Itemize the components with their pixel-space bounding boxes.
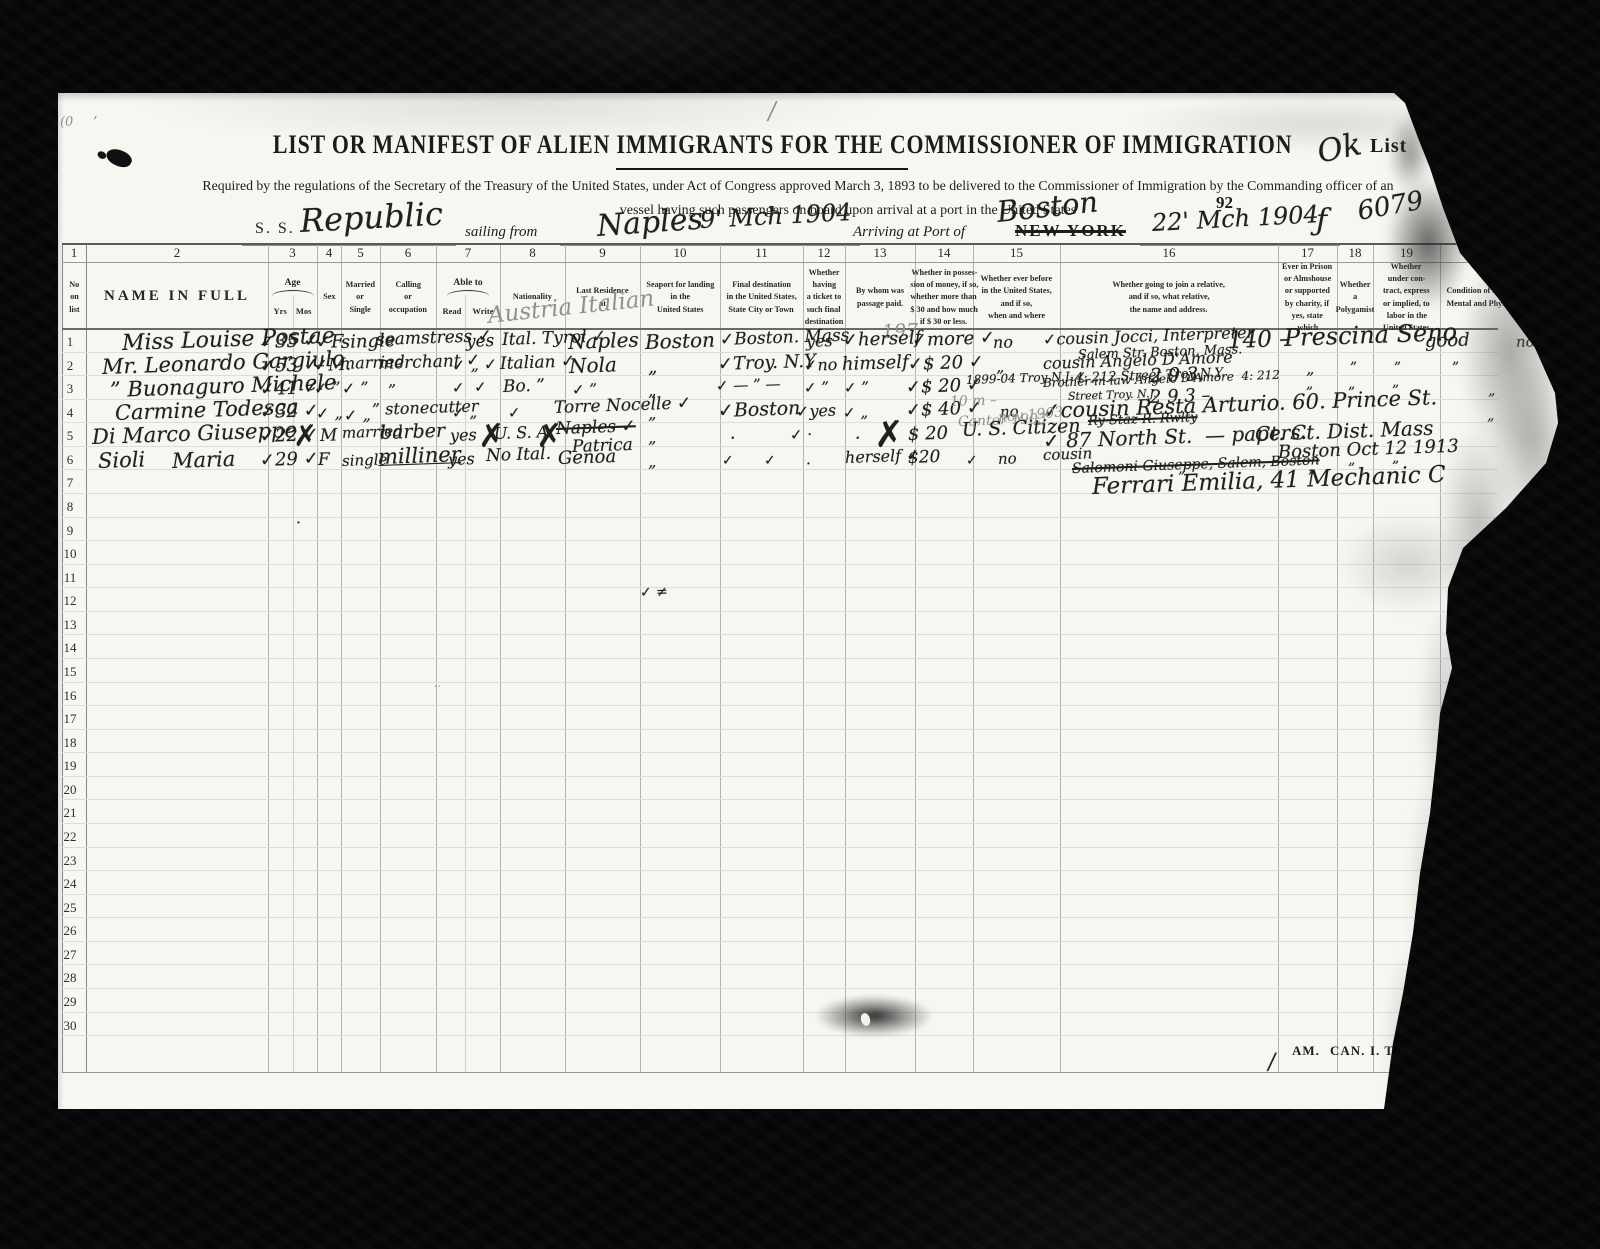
grid-line: [62, 517, 1498, 518]
row-number: 3: [58, 381, 82, 397]
handwriting-entry: 9' Mch 1904: [699, 199, 852, 234]
row-number: 24: [58, 876, 82, 892]
column-header-line: Whether going to join a relative,: [1113, 278, 1226, 290]
column-header-line: under con-: [1388, 272, 1426, 284]
grid-line: [62, 870, 1498, 871]
column-header-line: or: [404, 290, 412, 302]
column-header-line: Mental and Physical: [1447, 297, 1518, 309]
column-header-line: tract, express: [1383, 284, 1430, 296]
grid-line: [62, 917, 1498, 918]
handwriting-entry: barber: [380, 421, 446, 445]
column-header: 6Callingoroccupation: [381, 245, 435, 326]
column-header-line: sion of money, if so,: [910, 278, 978, 290]
column-header-text: Whetherhavinga ticket tosuch finaldestin…: [804, 267, 844, 326]
row-number: 30: [58, 1018, 82, 1034]
handwriting-entry: ✓ ≠: [640, 584, 668, 601]
column-header-line: Single: [350, 303, 371, 315]
column-header-line: United States: [657, 303, 703, 315]
handwriting-entry: ✓yes: [796, 402, 837, 422]
row-number: 19: [58, 758, 82, 774]
grid-line: [62, 729, 1498, 730]
column-header-line: Whether: [1340, 278, 1371, 290]
handwriting-entry: Naples: [596, 203, 704, 245]
row-number: 29: [58, 994, 82, 1010]
column-header-text: By whom waspassage paid.: [846, 267, 914, 326]
handwriting-entry: ✓: [966, 453, 978, 469]
column-group-label: Age: [285, 278, 301, 288]
column-header: 11Final destinationin the United States,…: [721, 245, 802, 326]
column-header-line: Calling: [395, 278, 420, 290]
footer-can-label: CAN.: [1330, 1043, 1365, 1059]
handwriting-entry: ✓Troy. N.Y: [718, 352, 817, 376]
row-number: 15: [58, 664, 82, 680]
grid-line: [62, 823, 1498, 824]
column-number: 3: [269, 245, 316, 262]
row-number: 9: [58, 523, 82, 539]
handwriting-entry: „: [648, 405, 657, 424]
handwriting-entry: No Ital.: [486, 445, 552, 467]
grid-line: [62, 658, 1498, 659]
row-number: 7: [58, 475, 82, 491]
list-label: List: [1370, 135, 1407, 158]
column-subheader: Read: [443, 306, 462, 316]
handwriting-entry: ✓: [764, 453, 776, 469]
column-header-line: Married: [346, 278, 375, 290]
row-number: 2: [58, 358, 82, 374]
row-number: 17: [58, 711, 82, 727]
column-header-line: the name and address.: [1130, 303, 1208, 315]
column-header: 19Whetherunder con-tract, expressor impl…: [1374, 245, 1439, 326]
handwriting-entry: ✓ ·: [790, 426, 813, 444]
handwriting-entry: (0: [60, 116, 74, 131]
column-header-line: in the United States,: [726, 290, 796, 302]
handwriting-entry: „: [1306, 360, 1315, 379]
column-group-label: Able to: [453, 278, 482, 288]
handwriting-entry: ··: [434, 681, 441, 694]
handwriting-entry: ✓ — ” —: [716, 376, 781, 395]
column-header-text: Whether ever beforein the United States,…: [974, 267, 1059, 326]
column-header: 16Whether going to join a relative,and i…: [1061, 245, 1277, 326]
handwriting-entry: Torre Nocelle ✓: [554, 394, 692, 418]
column-header-line: yes, state: [1292, 309, 1323, 321]
grid-line: [62, 587, 1498, 588]
column-header-text: Noonlist: [63, 267, 85, 326]
handwriting-entry: yes: [448, 450, 475, 469]
handwriting-entry: Maria: [172, 447, 236, 473]
row-number: 26: [58, 923, 82, 939]
title-underline: [616, 168, 908, 170]
row-number: 13: [58, 617, 82, 633]
handwriting-entry: 10 m –: [950, 392, 998, 410]
handwriting-entry: $ 20: [908, 424, 949, 446]
handwriting-entry: M: [320, 426, 338, 446]
handwriting-entry: ✓ ”: [804, 379, 830, 397]
column-header: 13By whom waspassage paid.: [846, 245, 914, 326]
handwriting-entry: ✓more ✓: [912, 328, 996, 352]
handwriting-entry: ✓herself: [843, 328, 922, 351]
column-header-line: such final: [807, 303, 841, 315]
column-header-line: Final destination: [732, 278, 791, 290]
handwriting-entry: „: [1488, 383, 1496, 399]
row-number: 20: [58, 782, 82, 798]
handwriting-entry: ·: [296, 514, 302, 533]
handwriting-entry: „: [648, 358, 658, 379]
grid-line: [62, 752, 1498, 753]
column-number: 11: [721, 245, 802, 262]
column-header-line: Whether ever before: [981, 272, 1053, 284]
column-header-line: whether more than: [911, 290, 977, 302]
handwriting-entry: Naples: [568, 329, 639, 354]
row-number: 5: [58, 428, 82, 444]
grid-line: [62, 564, 1498, 565]
handwriting-entry: ✓29 ✓: [260, 449, 319, 472]
grid-line: [62, 847, 1498, 848]
grid-line: [62, 776, 1498, 777]
column-header-text: Callingoroccupation: [381, 267, 435, 326]
column-header-line: passage paid.: [857, 297, 903, 309]
handwriting-entry: ✓ ”: [342, 379, 369, 398]
row-number: 10: [58, 546, 82, 562]
row-number: 8: [58, 499, 82, 515]
handwriting-entry: Sioli: [98, 447, 146, 473]
handwriting-entry: Boston: [645, 329, 716, 354]
handwriting-entry: Italian ✓: [500, 352, 576, 374]
column-header: 1Noonlist: [63, 245, 85, 326]
column-header: 12Whetherhavinga ticket tosuch finaldest…: [804, 245, 844, 326]
column-number: 9: [566, 245, 639, 262]
handwriting-entry: ’: [93, 114, 98, 131]
row-number: 1: [58, 334, 82, 350]
handwriting-entry: „: [1308, 461, 1316, 477]
column-header: 18WhetheraPolygamist: [1338, 245, 1372, 326]
grid-line: [62, 799, 1498, 800]
grid-line: [62, 682, 1498, 683]
column-header: 3AgeYrsMos: [269, 245, 316, 326]
column-number: 18: [1338, 245, 1372, 262]
column-header-line: list: [69, 303, 79, 315]
column-number: 4: [318, 245, 340, 262]
handwriting-entry: „: [1178, 461, 1186, 477]
grid-line: [62, 1035, 1498, 1036]
column-header-line: Whether: [1391, 260, 1422, 272]
handwriting-entry: 140 –: [1228, 326, 1292, 355]
handwriting-entry: ✓Boston: [718, 398, 801, 423]
column-header-line: or: [357, 290, 365, 302]
column-header-line: No: [69, 278, 79, 290]
row-number: 23: [58, 853, 82, 869]
grid-line: [62, 1012, 1498, 1013]
scanned-manifest-screenshot: { "page": { "title": "LIST OR MANIFEST O…: [0, 0, 1600, 1249]
grid-line: [62, 1072, 1498, 1073]
column-header: 4Sex: [318, 245, 340, 326]
column-header-line: a: [1353, 290, 1357, 302]
column-header: 17Ever in Prisonor Almshouseor supported…: [1279, 245, 1336, 326]
column-header: 2NAME IN FULL: [87, 245, 267, 326]
handwriting-entry: „: [1487, 408, 1495, 424]
column-header-text: WhetheraPolygamist: [1338, 267, 1372, 326]
handwriting-entry: ”: [1452, 360, 1460, 376]
handwriting-entry: Genoa: [558, 447, 617, 470]
column-number: 16: [1061, 245, 1277, 262]
handwriting-entry: ∕: [768, 98, 777, 126]
handwriting-entry: no: [998, 450, 1017, 468]
handwriting-entry: ”: [1350, 360, 1358, 376]
page-title: LIST OR MANIFEST OF ALIEN IMMIGRANTS FOR…: [178, 130, 1388, 160]
row-number: 11: [58, 570, 82, 586]
footer-am-label: AM.: [1292, 1043, 1320, 1059]
row-number: 25: [58, 900, 82, 916]
handwriting-entry: no: [1516, 333, 1535, 351]
handwriting-entry: ✓ ”: [314, 379, 341, 398]
handwriting-entry: Nola: [569, 353, 618, 378]
column-header-line: by charity, if: [1285, 297, 1329, 309]
grid-line: [62, 705, 1498, 706]
column-number: 1: [63, 245, 85, 262]
grid-line: [62, 634, 1498, 635]
column-header-line: and if so, what relative,: [1129, 290, 1210, 302]
column-subheader: Mos: [296, 306, 312, 316]
grid-line: [62, 894, 1498, 895]
row-number: 12: [58, 593, 82, 609]
handwriting-entry: Ok: [1314, 127, 1365, 171]
column-header-line: or Almshouse: [1284, 272, 1331, 284]
handwriting-entry: ✓ ✓: [452, 379, 487, 397]
row-number: 27: [58, 947, 82, 963]
column-header-line: Condition of Health,: [1447, 284, 1518, 296]
column-header-text: Whetherunder con-tract, expressor implie…: [1374, 267, 1439, 326]
column-header-line: Seaport for landing: [646, 278, 714, 290]
column-header-text: Final destinationin the United States,St…: [721, 267, 802, 326]
handwriting-entry: ·: [730, 429, 736, 450]
handwriting-entry: ”: [1348, 461, 1356, 477]
column-header-line: on: [70, 290, 79, 302]
column-number: 10: [641, 245, 719, 262]
handwriting-entry: „: [648, 453, 657, 472]
handwriting-entry: ”: [388, 382, 397, 401]
row-number: 16: [58, 688, 82, 704]
column-header-text: MarriedorSingle: [342, 267, 379, 326]
column-header-line: or supported: [1285, 284, 1330, 296]
column-header-line: when and where: [988, 309, 1045, 321]
handwriting-entry: ”: [1392, 459, 1400, 475]
column-header-line: in the: [670, 290, 690, 302]
handwriting-entry: ✓no: [804, 356, 838, 376]
column-header-text: Whether going to join a relative,and if …: [1061, 267, 1277, 326]
handwriting-entry: 22' Mch 1904: [1151, 201, 1319, 237]
handwriting-entry: ”: [1394, 360, 1402, 376]
footer-it-label: I. T.: [1370, 1043, 1397, 1059]
manifest-page: LIST OR MANIFEST OF ALIEN IMMIGRANTS FOR…: [58, 93, 1560, 1109]
column-header-line: Whether: [809, 266, 840, 278]
grid-line: [62, 611, 1498, 612]
column-header-line: a ticket to: [807, 290, 841, 302]
handwriting-entry: good: [1425, 330, 1470, 352]
column-header-line: By whom was: [856, 284, 904, 296]
column-header-line: Whether in posses-: [911, 266, 977, 278]
row-number: 6: [58, 452, 82, 468]
column-number: 7: [437, 245, 499, 262]
handwriting-entry: ✓ „: [452, 404, 478, 422]
row-number: 28: [58, 970, 82, 986]
column-header-text: Whether in posses-sion of money, if so,w…: [916, 267, 972, 326]
column-header: 5MarriedorSingle: [342, 245, 379, 326]
column-header-line: having: [812, 278, 836, 290]
handwriting-entry: himself: [842, 353, 909, 376]
handwriting-entry: yes: [466, 332, 495, 353]
column-header-line: or implied, to: [1383, 297, 1430, 309]
handwriting-entry: ✓: [722, 453, 734, 469]
column-number: 13: [846, 245, 914, 262]
column-header-line: Sex: [323, 290, 335, 302]
arriving-at-port-label: Arriving at Port of: [853, 224, 965, 241]
column-header-line: Polygamist: [1336, 303, 1375, 315]
handwriting-entry: „: [648, 429, 657, 448]
row-number: 18: [58, 735, 82, 751]
column-header-line: in the United States,: [981, 284, 1051, 296]
column-header-text: AgeYrsMos: [269, 267, 316, 326]
header-brace: [447, 290, 489, 296]
column-header: 14Whether in posses-sion of money, if so…: [916, 245, 972, 326]
header-brace: [272, 290, 314, 296]
handwriting-entry: Bo. ”: [503, 377, 546, 398]
handwriting-entry: ƒ: [1316, 204, 1327, 239]
column-number: 2: [87, 245, 267, 262]
column-number: 5: [342, 245, 379, 262]
row-number: 21: [58, 805, 82, 821]
column-header-line: $ 30 and how much: [910, 303, 978, 315]
handwriting-entry: yes: [806, 332, 833, 351]
handwriting-entry: no: [993, 333, 1014, 352]
handwriting-entry: ·: [806, 455, 812, 474]
row-number: 14: [58, 640, 82, 656]
grid-line: [62, 964, 1498, 965]
row-number: 4: [58, 405, 82, 421]
column-number: 8: [501, 245, 564, 262]
handwriting-entry: Republic: [299, 196, 444, 240]
column-number: 15: [974, 245, 1059, 262]
column-header-line: and if so,: [1001, 297, 1033, 309]
column-header: Condition of Health,Mental and Physical: [1441, 245, 1524, 326]
column-header: 15Whether ever beforein the United State…: [974, 245, 1059, 326]
handwriting-entry: ✓ „: [316, 404, 343, 423]
column-header-text: Sex: [318, 267, 340, 326]
grid-line: [62, 988, 1498, 989]
handwriting-entry: /: [1268, 1050, 1276, 1076]
column-header-line: Ever in Prison: [1282, 260, 1332, 272]
subtitle-line-1: Required by the regulations of the Secre…: [97, 179, 1500, 195]
column-number: 6: [381, 245, 435, 262]
column-subheader: Yrs: [274, 306, 287, 316]
column-header-line: State City or Town: [729, 303, 794, 315]
grid-line: [62, 540, 1498, 541]
handwriting-entry: ✓ ”: [844, 379, 870, 397]
column-number: 12: [804, 245, 844, 262]
row-number: 22: [58, 829, 82, 845]
ink-blot: [104, 145, 134, 171]
column-header-text: Ever in Prisonor Almshouseor supportedby…: [1279, 267, 1336, 326]
column-subheaders: YrsMos: [269, 306, 316, 316]
handwriting-entry: F: [318, 451, 330, 471]
column-header-text: NAME IN FULL: [87, 267, 267, 326]
handwriting-entry: $20: [908, 448, 941, 469]
column-number: 14: [916, 245, 972, 262]
handwriting-entry: ✓ „ ✓: [452, 355, 498, 375]
column-title: NAME IN FULL: [104, 288, 250, 305]
handwriting-entry: ✓: [508, 405, 521, 423]
column-number: [1441, 245, 1524, 262]
handwriting-entry: ✓ „: [843, 404, 869, 422]
sailing-from-label: sailing from: [465, 224, 537, 241]
grid-line: [62, 941, 1498, 942]
column-header-line: occupation: [389, 303, 427, 315]
column-header-line: if $ 30 or less.: [920, 315, 967, 327]
ink-smudge: [815, 995, 933, 1037]
ss-prefix-label: S. S.: [255, 220, 295, 238]
